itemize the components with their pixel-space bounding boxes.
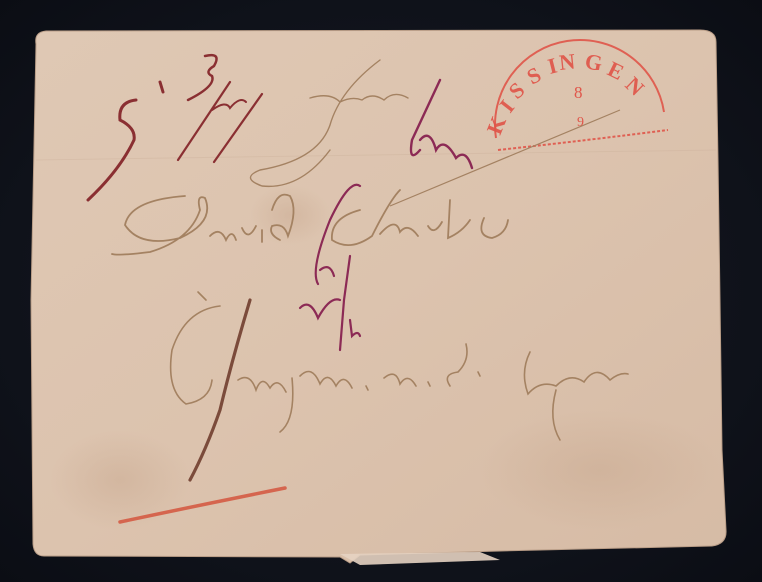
envelope: K I S S I N G E N 8 9 xyxy=(0,0,762,582)
photo-scene: K I S S I N G E N 8 9 xyxy=(0,0,762,582)
envelope-svg: K I S S I N G E N 8 9 xyxy=(0,0,762,582)
address-salutation: Herrn xyxy=(0,0,1,1)
postmark-day: 8 xyxy=(574,83,583,102)
svg-text:N: N xyxy=(558,48,577,75)
